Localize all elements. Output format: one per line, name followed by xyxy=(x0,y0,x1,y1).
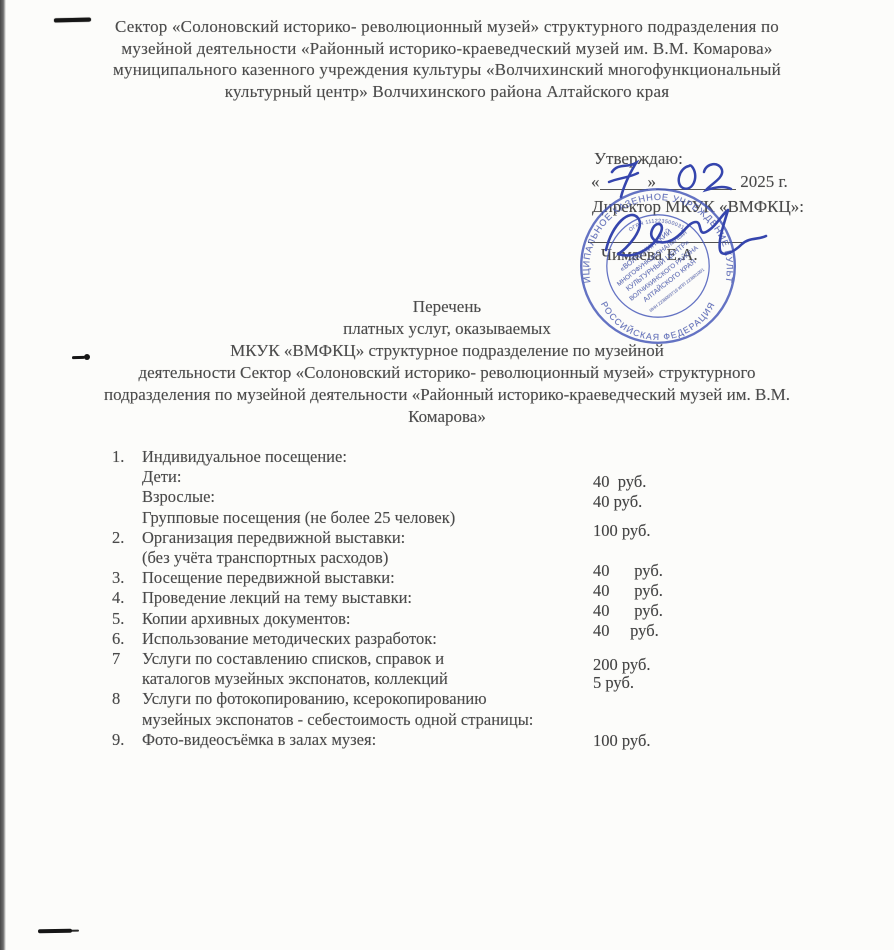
service-number: 4. xyxy=(112,588,142,608)
service-text: Использование методических разработок: xyxy=(142,629,437,648)
title-line: Перечень xyxy=(40,296,854,318)
header-line: муниципального казенного учреждения куль… xyxy=(50,59,844,81)
document-title: Перечень платных услуг, оказываемых МКУК… xyxy=(40,296,854,428)
service-line: Взрослые: xyxy=(112,487,582,507)
header-line: Сектор «Солоновский историко- революцион… xyxy=(50,16,844,38)
service-line: 3.Посещение передвижной выставки: xyxy=(112,568,582,588)
service-text: Услуги по фотокопированию, ксерокопирова… xyxy=(142,689,487,708)
title-line: МКУК «ВМФКЦ» структурное подразделение п… xyxy=(40,340,854,362)
service-line: 5.Копии архивных документов: xyxy=(112,609,582,629)
service-text: Фото-видеосъёмка в залах музея: xyxy=(142,730,376,749)
price-item: 100 руб. xyxy=(593,731,650,751)
scanner-edge-strip xyxy=(0,0,6,950)
service-line: 9.Фото-видеосъёмка в залах музея: xyxy=(112,730,582,750)
service-text: (без учёта транспортных расходов) xyxy=(142,548,388,567)
price-item: 5 руб. xyxy=(593,673,634,693)
title-line: подразделения по музейной деятельности «… xyxy=(40,384,854,406)
service-line: (без учёта транспортных расходов) xyxy=(112,548,582,568)
price-item: 40 руб. xyxy=(593,581,663,601)
price-item: 40 руб. xyxy=(593,621,659,641)
price-item: 40 руб. xyxy=(593,561,663,581)
service-text: Проведение лекций на тему выставки: xyxy=(142,588,412,607)
service-number: 2. xyxy=(112,528,142,548)
service-text: Взрослые: xyxy=(142,487,215,506)
service-text: Организация передвижной выставки: xyxy=(142,528,405,547)
date-year-label: 2025 г. xyxy=(740,172,788,191)
service-line: каталогов музейных экспонатов, коллекций xyxy=(112,669,582,689)
service-number: 9. xyxy=(112,730,142,750)
handwritten-month-ink xyxy=(672,158,736,198)
service-line: 4.Проведение лекций на тему выставки: xyxy=(112,588,582,608)
service-line: 2.Организация передвижной выставки: xyxy=(112,528,582,548)
price-item: 100 руб. xyxy=(593,521,650,541)
service-number: 6. xyxy=(112,629,142,649)
header-line: культурный центр» Волчихинского района А… xyxy=(50,81,844,103)
director-signature-ink xyxy=(596,206,774,264)
title-line: платных услуг, оказываемых xyxy=(40,318,854,340)
service-text: Услуги по составлению списков, справок и xyxy=(142,649,444,668)
service-text: Дети: xyxy=(142,467,181,486)
price-item: 200 руб. xyxy=(593,655,650,675)
service-number: 3. xyxy=(112,568,142,588)
document-header: Сектор «Солоновский историко- революцион… xyxy=(50,16,844,102)
header-line: музейной деятельности «Районный историко… xyxy=(50,38,844,60)
service-line: 7Услуги по составлению списков, справок … xyxy=(112,649,582,669)
service-number: 1. xyxy=(112,447,142,467)
price-item: 40 руб. xyxy=(593,492,642,512)
service-text: Групповые посещения (не более 25 человек… xyxy=(142,508,455,527)
service-text: Посещение передвижной выставки: xyxy=(142,568,395,587)
title-line: деятельности Сектор «Солоновский историк… xyxy=(40,362,854,384)
service-line: Дети: xyxy=(112,467,582,487)
price-item: 40 руб. xyxy=(593,601,663,621)
handwritten-day-ink xyxy=(607,157,643,201)
service-line: 6.Использование методических разработок: xyxy=(112,629,582,649)
service-number: 8 xyxy=(112,689,142,709)
scanned-document-page: Сектор «Солоновский историко- революцион… xyxy=(0,0,894,950)
service-number: 7 xyxy=(112,649,142,669)
service-line: 1.Индивидуальное посещение: xyxy=(112,447,582,467)
services-list: 1.Индивидуальное посещение: Дети: Взросл… xyxy=(112,447,582,750)
service-line: 8Услуги по фотокопированию, ксерокопиров… xyxy=(112,689,582,709)
title-line: Комарова» xyxy=(40,406,854,428)
service-line: музейных экспонатов - себестоимость одно… xyxy=(112,710,582,730)
service-text: Индивидуальное посещение: xyxy=(142,447,347,466)
service-text: Копии архивных документов: xyxy=(142,609,350,628)
price-item: 40 руб. xyxy=(593,472,646,492)
service-number: 5. xyxy=(112,609,142,629)
service-line: Групповые посещения (не более 25 человек… xyxy=(112,508,582,528)
service-text: каталогов музейных экспонатов, коллекций xyxy=(142,669,448,688)
service-text: музейных экспонатов - себестоимость одно… xyxy=(142,710,533,729)
scan-mark-bottom xyxy=(38,929,72,934)
